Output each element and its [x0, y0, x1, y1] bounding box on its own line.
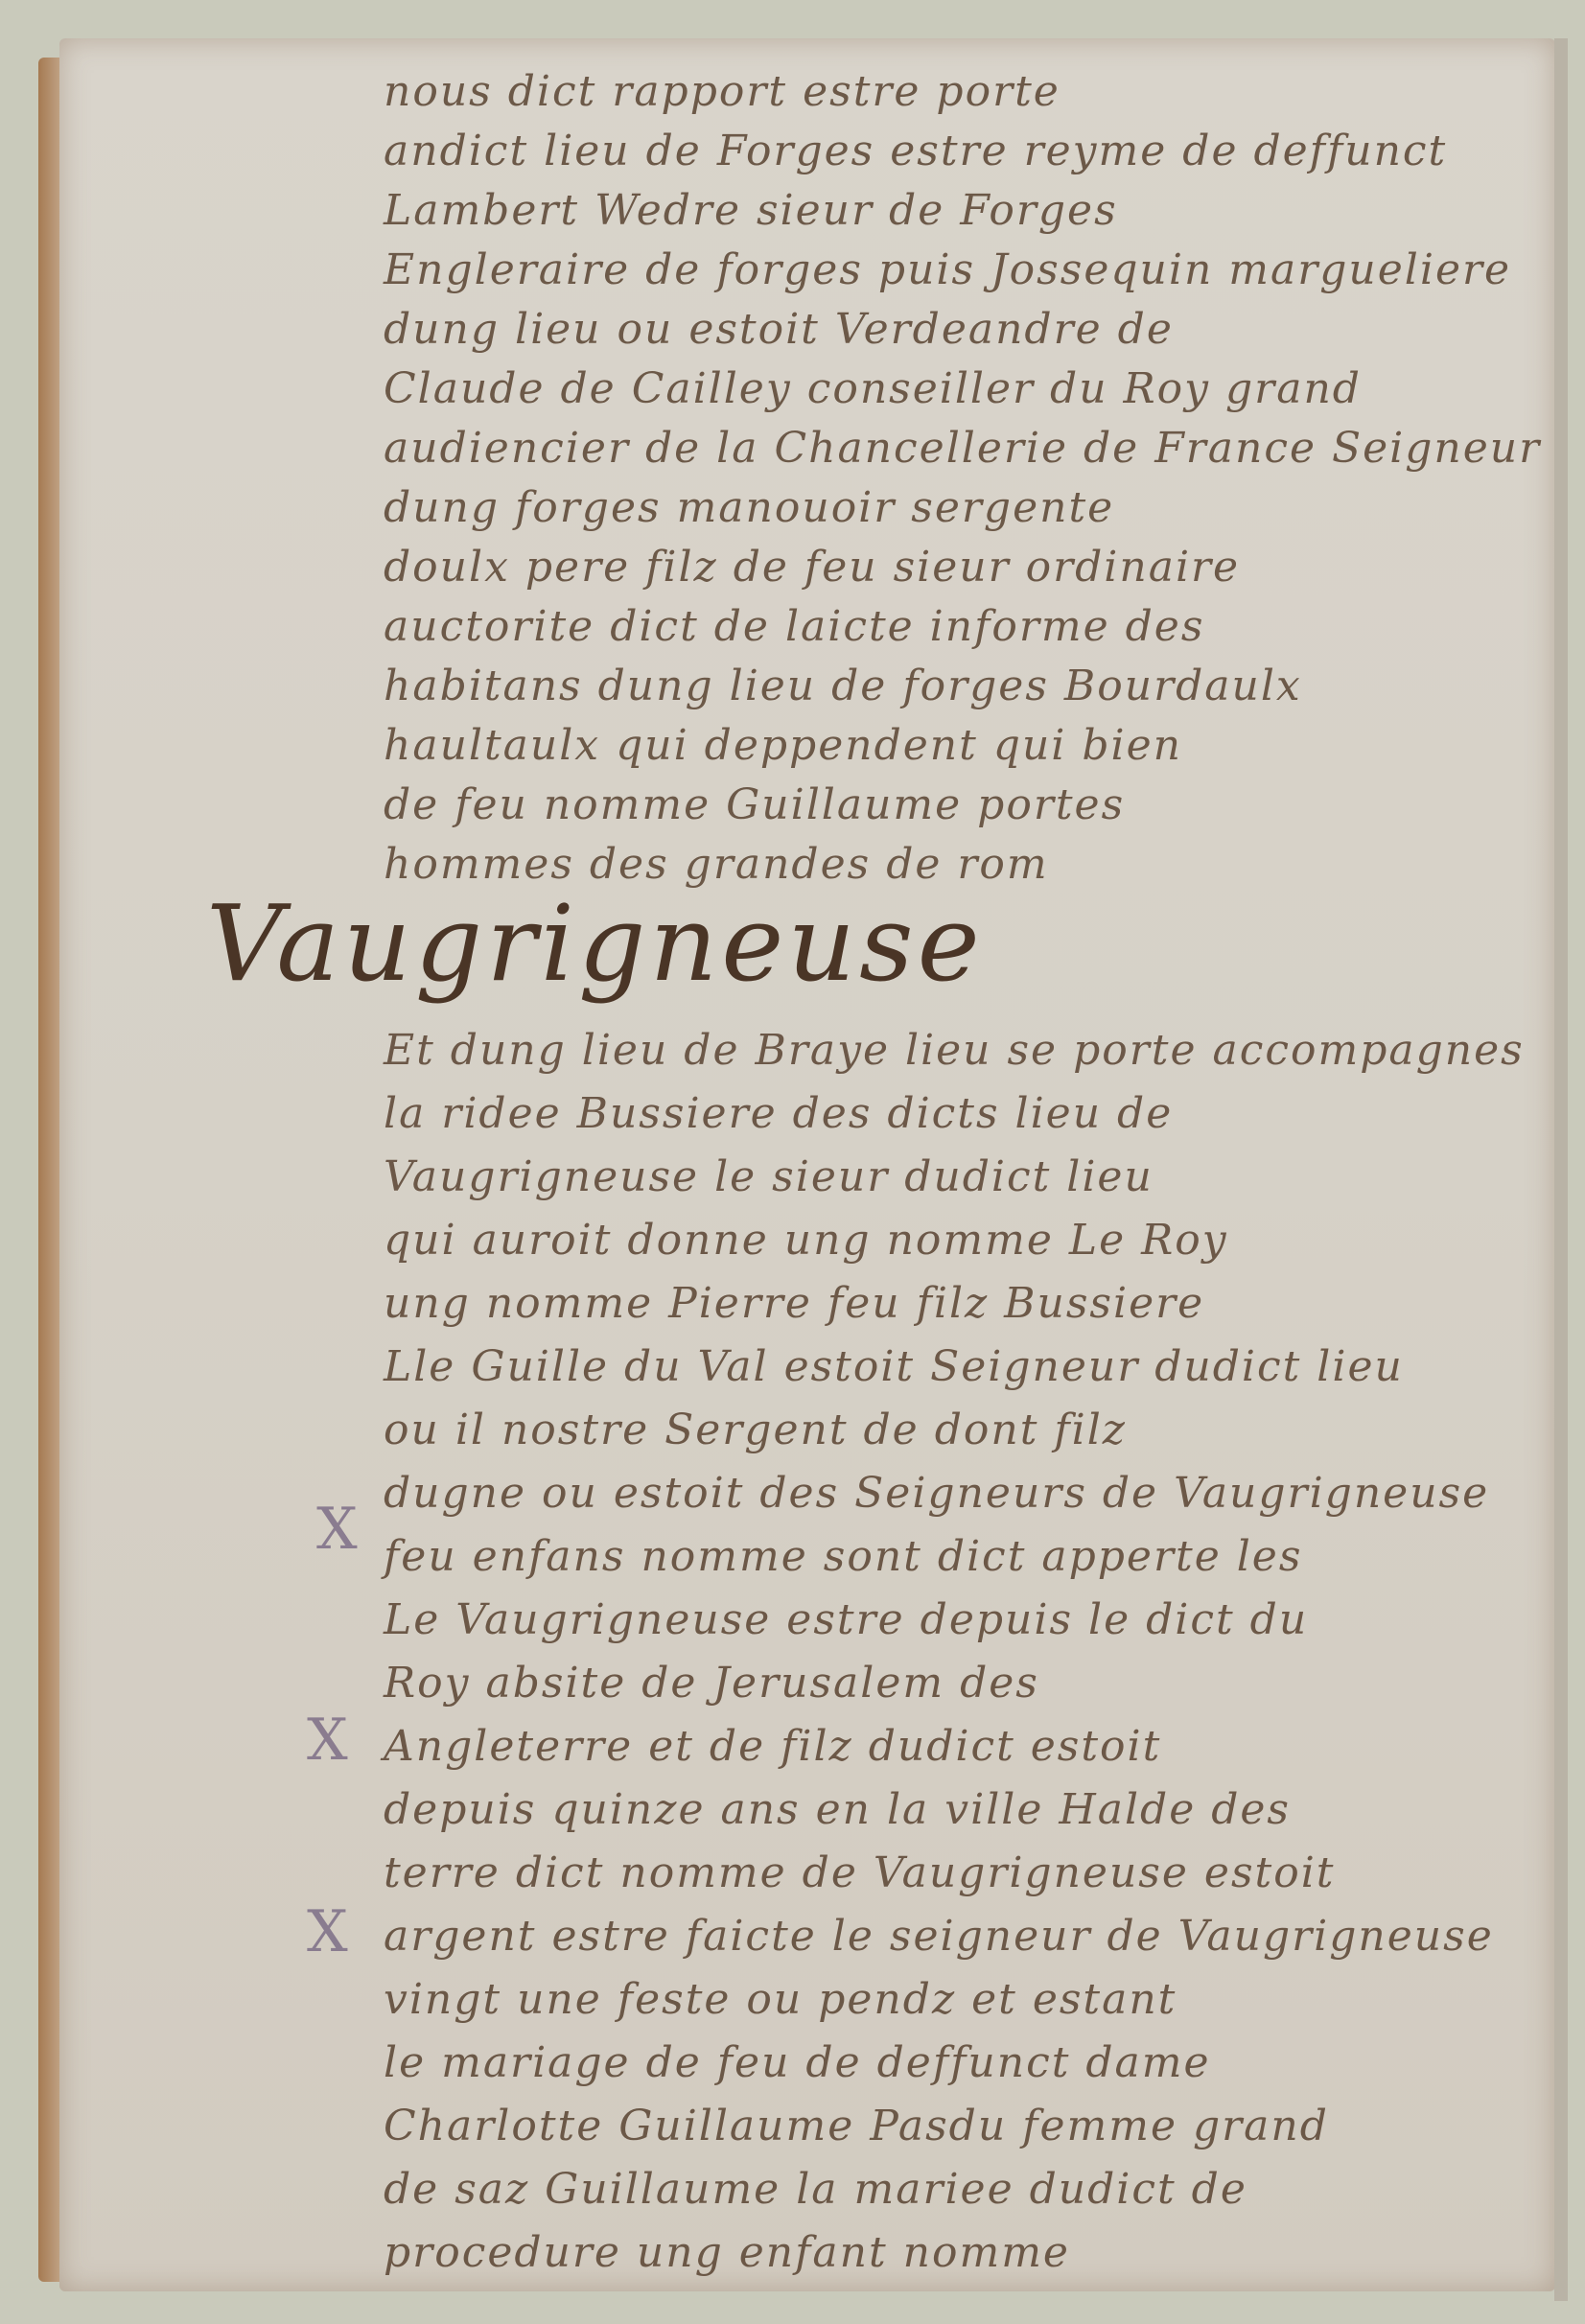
manuscript-line: audiencier de la Chancellerie de France …: [384, 424, 1541, 473]
manuscript-line: Charlotte Guillaume Pasdu femme grand: [384, 2102, 1329, 2150]
adjacent-page-edge: [1554, 38, 1568, 2301]
manuscript-line: Roy absite de Jerusalem des: [384, 1659, 1039, 1708]
manuscript-line: dung lieu ou estoit Verdeandre de: [384, 305, 1174, 354]
manuscript-line: habitans dung lieu de forges Bourdaulx: [384, 662, 1302, 710]
manuscript-line: Le Vaugrigneuse estre depuis le dict du: [384, 1595, 1308, 1644]
manuscript-line: doulx pere filz de feu sieur ordinaire: [384, 543, 1240, 592]
manuscript-line: qui auroit donne ung nomme Le Roy: [384, 1216, 1228, 1265]
manuscript-line: Et dung lieu de Braye lieu se porte acco…: [384, 1026, 1525, 1075]
manuscript-line: procedure ung enfant nomme: [384, 2228, 1070, 2277]
margin-mark: X: [307, 1707, 348, 1774]
manuscript-line: Angleterre et de filz dudict estoit: [384, 1722, 1161, 1771]
manuscript-line: Claude de Cailley conseiller du Roy gran…: [384, 364, 1362, 413]
manuscript-line: Lambert Wedre sieur de Forges: [384, 186, 1118, 235]
margin-mark: X: [316, 1496, 358, 1563]
manuscript-line: Lle Guille du Val estoit Seigneur dudict…: [384, 1342, 1404, 1391]
manuscript-line: de saz Guillaume la mariee dudict de: [384, 2165, 1247, 2214]
margin-mark: X: [307, 1898, 348, 1965]
manuscript-line: le mariage de feu de deffunct dame: [384, 2038, 1211, 2087]
manuscript-line: depuis quinze ans en la ville Halde des: [384, 1785, 1291, 1834]
manuscript-line: de feu nomme Guillaume portes: [384, 780, 1125, 829]
manuscript-line: Vaugrigneuse le sieur dudict lieu: [384, 1152, 1154, 1201]
manuscript-line: dung forges manouoir sergente: [384, 483, 1114, 532]
manuscript-line: ung nomme Pierre feu filz Bussiere: [384, 1279, 1204, 1328]
manuscript-line: andict lieu de Forges estre reyme de def…: [384, 127, 1447, 175]
manuscript-line: argent estre faicte le seigneur de Vaugr…: [384, 1912, 1494, 1961]
manuscript-line: la ridee Bussiere des dicts lieu de: [384, 1089, 1173, 1138]
manuscript-line: ou il nostre Sergent de dont filz: [384, 1406, 1127, 1454]
manuscript-line: nous dict rapport estre porte: [384, 67, 1061, 116]
manuscript-line: feu enfans nomme sont dict apperte les: [384, 1532, 1302, 1581]
manuscript-line: vingt une feste ou pendz et estant: [384, 1975, 1177, 2024]
manuscript-line: terre dict nomme de Vaugrigneuse estoit: [384, 1848, 1335, 1897]
manuscript-line: haultaulx qui deppendent qui bien: [384, 721, 1182, 770]
manuscript-line: dugne ou estoit des Seigneurs de Vaugrig…: [384, 1469, 1489, 1518]
section-heading: Vaugrigneuse: [206, 882, 984, 1005]
manuscript-line: auctorite dict de laicte informe des: [384, 602, 1204, 651]
manuscript-line: Engleraire de forges puis Jossequin marg…: [384, 245, 1511, 294]
